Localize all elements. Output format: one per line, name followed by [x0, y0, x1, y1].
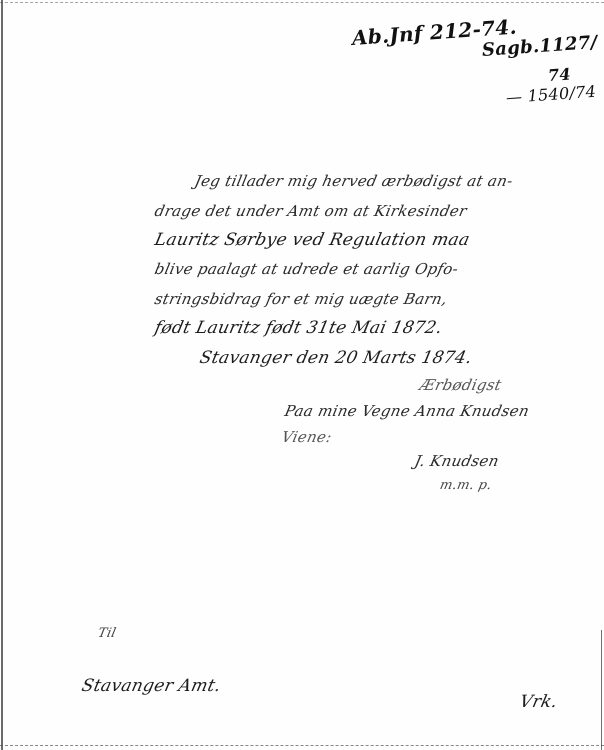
body-line-2: drage det under Amt om at Kirkesinder [153, 202, 468, 220]
signature-note: m.m. p. [438, 478, 493, 493]
body-line-4: blive paalagt at udrede et aarlig Opfo- [153, 260, 460, 278]
reference-number-3: — 1540/74 [505, 82, 596, 107]
scan-edge-left [1, 0, 3, 750]
closing-line-2: Viene: [280, 428, 333, 446]
scan-edge-bottom [0, 745, 604, 746]
body-line-6: født Lauritz født 31te Mai 1872. [153, 318, 444, 338]
right-mark: Vrk. [518, 692, 560, 712]
body-line-3: Lauritz Sørbye ved Regulation maa [153, 230, 472, 250]
scan-edge-top [0, 2, 604, 3]
closing-salutation: Ærbødigst [418, 376, 503, 394]
scan-edge-right [601, 630, 602, 750]
body-line-1: Jeg tillader mig herved ærbødigst at an- [193, 172, 514, 190]
reference-number-2-year: 74 [547, 64, 571, 85]
closing-line-1: Paa mine Vegne Anna Knudsen [283, 402, 531, 420]
document-page: Ab.Jnf 212-74. Sagb.1127/ 74 — 1540/74 J… [0, 0, 604, 750]
body-line-5: stringsbidrag for et mig uægte Barn, [153, 290, 449, 308]
signature: J. Knudsen [413, 452, 501, 470]
addressee: Stavanger Amt. [80, 676, 223, 696]
place-and-date: Stavanger den 20 Marts 1874. [198, 348, 474, 368]
footer-marker: Til [96, 626, 117, 641]
